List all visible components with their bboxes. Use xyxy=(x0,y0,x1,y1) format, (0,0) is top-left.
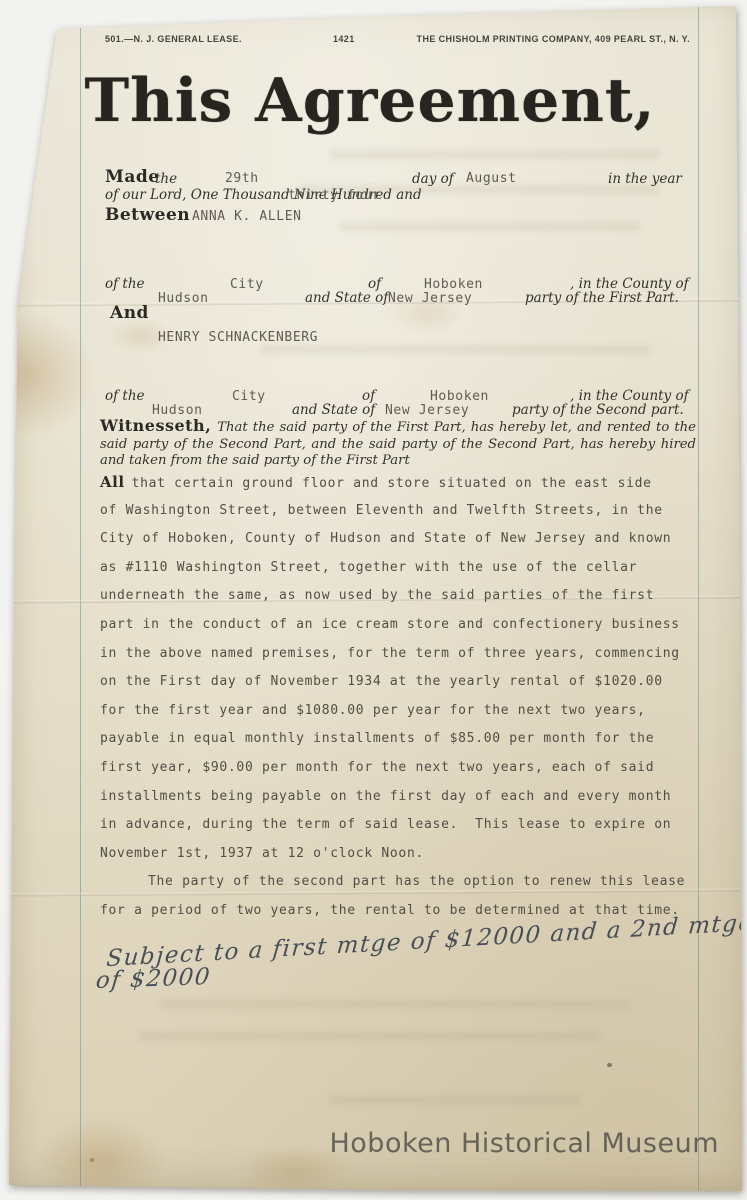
form-text: of the xyxy=(105,276,145,292)
stain xyxy=(36,20,52,32)
lease-line: of Washington Street, between Eleventh a… xyxy=(100,497,704,526)
municipality-type-value: City xyxy=(232,389,266,404)
lease-line: underneath the same, as now used by the … xyxy=(100,582,704,611)
municipality-value: Hoboken xyxy=(424,277,483,292)
stain xyxy=(36,1118,166,1200)
lease-line: in the above named premises, for the ter… xyxy=(100,640,704,669)
stain xyxy=(20,80,30,89)
municipality-value: Hoboken xyxy=(430,389,489,404)
form-text: day of xyxy=(412,171,454,187)
printer-imprint: THE CHISHOLM PRINTING COMPANY, 409 PEARL… xyxy=(417,34,690,44)
lease-line: on the First day of November 1934 at the… xyxy=(100,668,704,697)
lease-line: November 1st, 1937 at 12 o'clock Noon. xyxy=(100,840,704,869)
bleedthrough xyxy=(160,1000,630,1009)
bleedthrough xyxy=(140,1032,600,1041)
lease-line: part in the conduct of an ice cream stor… xyxy=(100,611,704,640)
lease-line: The party of the second part has the opt… xyxy=(100,868,704,897)
witnesseth-clause: Witnesseth, That the said party of the F… xyxy=(100,419,696,469)
lease-line: in advance, during the term of said leas… xyxy=(100,811,704,840)
form-text: and State of xyxy=(305,290,388,306)
lease-line: installments being payable on the first … xyxy=(100,783,704,812)
form-page-number: 1421 xyxy=(333,34,355,44)
speck xyxy=(607,1063,612,1067)
made-label: Made xyxy=(105,167,160,187)
state-value: New Jersey xyxy=(388,291,472,306)
state-value: New Jersey xyxy=(385,403,469,418)
bleedthrough xyxy=(330,1095,580,1105)
bleedthrough xyxy=(330,150,660,159)
second-party-name: HENRY SCHNACKENBERG xyxy=(158,330,318,345)
speck xyxy=(90,1158,94,1162)
all-label: All xyxy=(100,473,125,491)
month-value: August xyxy=(466,171,517,186)
bleedthrough xyxy=(340,222,640,231)
and-label: And xyxy=(110,303,149,323)
form-text: the xyxy=(155,171,177,187)
left-margin-rule xyxy=(80,26,81,1188)
document-page: 501.—N. J. GENERAL LEASE. 1421 THE CHISH… xyxy=(0,0,747,1200)
party-designation: party of the First Part. xyxy=(525,290,679,306)
year-value: thirty four xyxy=(288,188,381,203)
form-text: and State of xyxy=(292,402,375,418)
lease-line: City of Hoboken, County of Hudson and St… xyxy=(100,525,704,554)
county-value: Hudson xyxy=(158,291,209,306)
lease-line: as #1110 Washington Street, together wit… xyxy=(100,554,704,583)
municipality-type-value: City xyxy=(230,277,264,292)
day-value: 29th xyxy=(225,171,259,186)
document-title: This Agreement, xyxy=(40,66,700,136)
party-designation: party of the Second part. xyxy=(512,402,684,418)
form-text: of the xyxy=(105,388,145,404)
lease-line: first year, $90.00 per month for the nex… xyxy=(100,754,704,783)
witnesseth-label: Witnesseth, xyxy=(100,416,211,435)
first-party-name: ANNA K. ALLEN xyxy=(192,209,302,224)
museum-watermark: Hoboken Historical Museum xyxy=(329,1128,719,1159)
form-number: 501.—N. J. GENERAL LEASE. xyxy=(105,34,242,44)
lease-line: for the first year and $1080.00 per year… xyxy=(100,697,704,726)
bleedthrough xyxy=(260,345,650,354)
form-text: in the year xyxy=(608,171,682,187)
scan-background: 501.—N. J. GENERAL LEASE. 1421 THE CHISH… xyxy=(0,0,747,1200)
lease-line: Allthat certain ground floor and store s… xyxy=(100,468,704,497)
handwritten-note-line2: of $2000 xyxy=(95,964,213,994)
lease-line: payable in equal monthly installments of… xyxy=(100,725,704,754)
between-label: Between xyxy=(105,205,190,225)
lease-terms: Allthat certain ground floor and store s… xyxy=(100,468,704,926)
